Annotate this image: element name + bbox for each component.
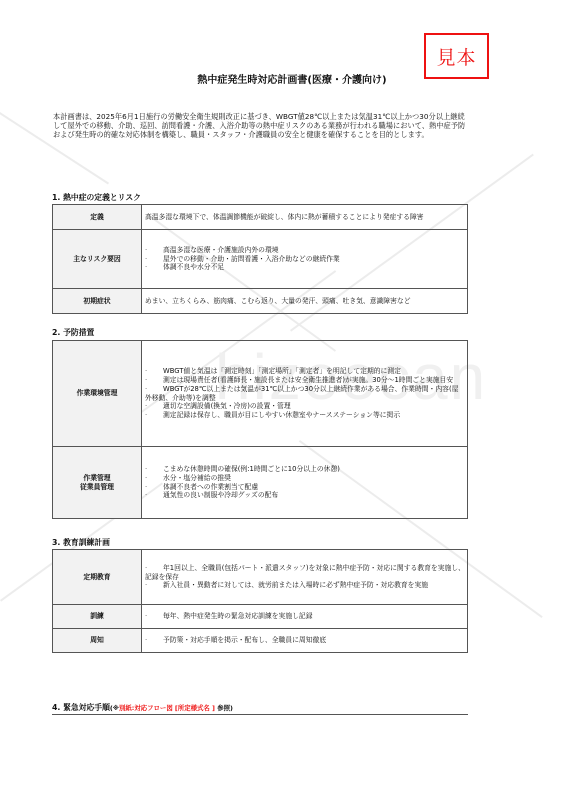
table-row: 作業管理 従業員管理 ·こまめな休憩時間の確保(例:1時間ごとに10分以上の休憩… [53,447,468,519]
bullet-icon: · [145,263,163,272]
section-heading-emergency: 4. 緊急対応手順(※別紙:対応フロー図 [所定様式名 ] 参照) [52,702,233,713]
row-content: 高温多湿な環境下で、体温調節機能が破綻し、体内に熱が蓄積することにより発症する障… [142,205,468,230]
bullet-icon: · [145,636,163,645]
bullet-icon: · [145,581,163,590]
table-row: 作業環境管理 ·WBGT値と気温は「測定時刻」「測定場所」「測定者」を明記して定… [53,341,468,447]
list-item: ·水分・塩分補給の推奨 [145,474,465,483]
row-label: 周知 [53,629,142,653]
prevention-table: 作業環境管理 ·WBGT値と気温は「測定時刻」「測定場所」「測定者」を明記して定… [52,340,468,519]
bullet-icon: · [145,367,163,376]
list-item: ·高温多湿な医療・介護施設内外の環境 [145,246,465,255]
divider [52,714,468,715]
bullet-icon: · [145,255,163,264]
bullet-icon: · [145,385,163,394]
bullet-icon: · [145,564,163,573]
intro-paragraph: 本計画書は、2025年6月1日施行の労働安全衛生規則改正に基づき、WBGT値28… [53,112,467,140]
bullet-icon: · [145,411,163,420]
bullet-icon: · [145,612,163,621]
list-item: ·年1回以上、全職員(包括パート・派遣スタッフ)を対象に熱中症予防・対応に関する… [145,564,465,582]
row-label: 初期症状 [53,289,142,314]
row-content: めまい、立ちくらみ、筋肉痛、こむら返り、大量の発汗、頭痛、吐き気、意識障害など [142,289,468,314]
list-item: ·毎年、熱中症発生時の緊急対応訓練を実施し記録 [145,612,465,621]
list-item: ·体調不良者への作業割当て配慮 [145,483,465,492]
table-row: 初期症状 めまい、立ちくらみ、筋肉痛、こむら返り、大量の発汗、頭痛、吐き気、意識… [53,289,468,314]
table-row: 周知 ·予防策・対応手順を掲示・配布し、全職員に周知徹底 [53,629,468,653]
row-label: 作業環境管理 [53,341,142,447]
list-item: ·こまめな休憩時間の確保(例:1時間ごとに10分以上の休憩) [145,465,465,474]
table-row: 定期教育 ·年1回以上、全職員(包括パート・派遣スタッフ)を対象に熱中症予防・対… [53,550,468,605]
list-item: ·適切な空調設備(換気・冷房)の設置・管理 [145,402,465,411]
bullet-icon: · [145,402,163,411]
sample-stamp-label: 見本 [436,43,476,70]
flowchart-reference: 別紙:対応フロー図 [所定様式名 ] [119,704,215,712]
training-table: 定期教育 ·年1回以上、全職員(包括パート・派遣スタッフ)を対象に熱中症予防・対… [52,549,468,653]
bullet-icon: · [145,491,163,500]
list-item: ·通気性の良い制服や冷却グッズの配布 [145,491,465,500]
bullet-icon: · [145,376,163,385]
list-item: ·測定記録は保存し、職員が目にしやすい休憩室やナースステーション等に掲示 [145,411,465,420]
list-item: ·WBGTが28℃以上または気温が31℃以上かつ30分以上継続作業がある場合、作… [145,385,465,403]
section-heading-definition: 1. 熱中症の定義とリスク [52,192,141,203]
document-title: 熱中症発生時対応計画書(医療・介護向け) [0,71,566,86]
section-heading-prevention: 2. 予防措置 [52,327,94,338]
table-row: 主なリスク要因 ·高温多湿な医療・介護施設内外の環境 ·屋外での移動・介助・訪問… [53,230,468,289]
definition-risk-table: 定義 高温多湿な環境下で、体温調節機能が破綻し、体内に熱が蓄積することにより発症… [52,204,468,314]
list-item: ·予防策・対応手順を掲示・配布し、全職員に周知徹底 [145,636,465,645]
bullet-icon: · [145,246,163,255]
row-content: ·年1回以上、全職員(包括パート・派遣スタッフ)を対象に熱中症予防・対応に関する… [142,550,468,605]
row-content: ·WBGT値と気温は「測定時刻」「測定場所」「測定者」を明記して定期的に測定 ·… [142,341,468,447]
bullet-icon: · [145,483,163,492]
row-label: 主なリスク要因 [53,230,142,289]
list-item: ·測定は現場責任者(看護師長・施設長または安全衛生推進者)が実施。30分～1時間… [145,376,465,385]
section-heading-training: 3. 教育訓練計画 [52,537,110,548]
row-label: 作業管理 従業員管理 [53,447,142,519]
row-label: 訓練 [53,605,142,629]
table-row: 訓練 ·毎年、熱中症発生時の緊急対応訓練を実施し記録 [53,605,468,629]
row-content: ·毎年、熱中症発生時の緊急対応訓練を実施し記録 [142,605,468,629]
row-label: 定期教育 [53,550,142,605]
row-label: 定義 [53,205,142,230]
list-item: ·WBGT値と気温は「測定時刻」「測定場所」「測定者」を明記して定期的に測定 [145,367,465,376]
list-item: ·新入社員・異動者に対しては、就労前または入場時に必ず熱中症予防・対応教育を実施 [145,581,465,590]
row-content: ·こまめな休憩時間の確保(例:1時間ごとに10分以上の休憩) ·水分・塩分補給の… [142,447,468,519]
bullet-icon: · [145,465,163,474]
list-item: ·体調不良や水分不足 [145,263,465,272]
bullet-icon: · [145,474,163,483]
table-row: 定義 高温多湿な環境下で、体温調節機能が破綻し、体内に熱が蓄積することにより発症… [53,205,468,230]
row-content: ·高温多湿な医療・介護施設内外の環境 ·屋外での移動・介助・訪問看護・入浴介助な… [142,230,468,289]
row-content: ·予防策・対応手順を掲示・配布し、全職員に周知徹底 [142,629,468,653]
